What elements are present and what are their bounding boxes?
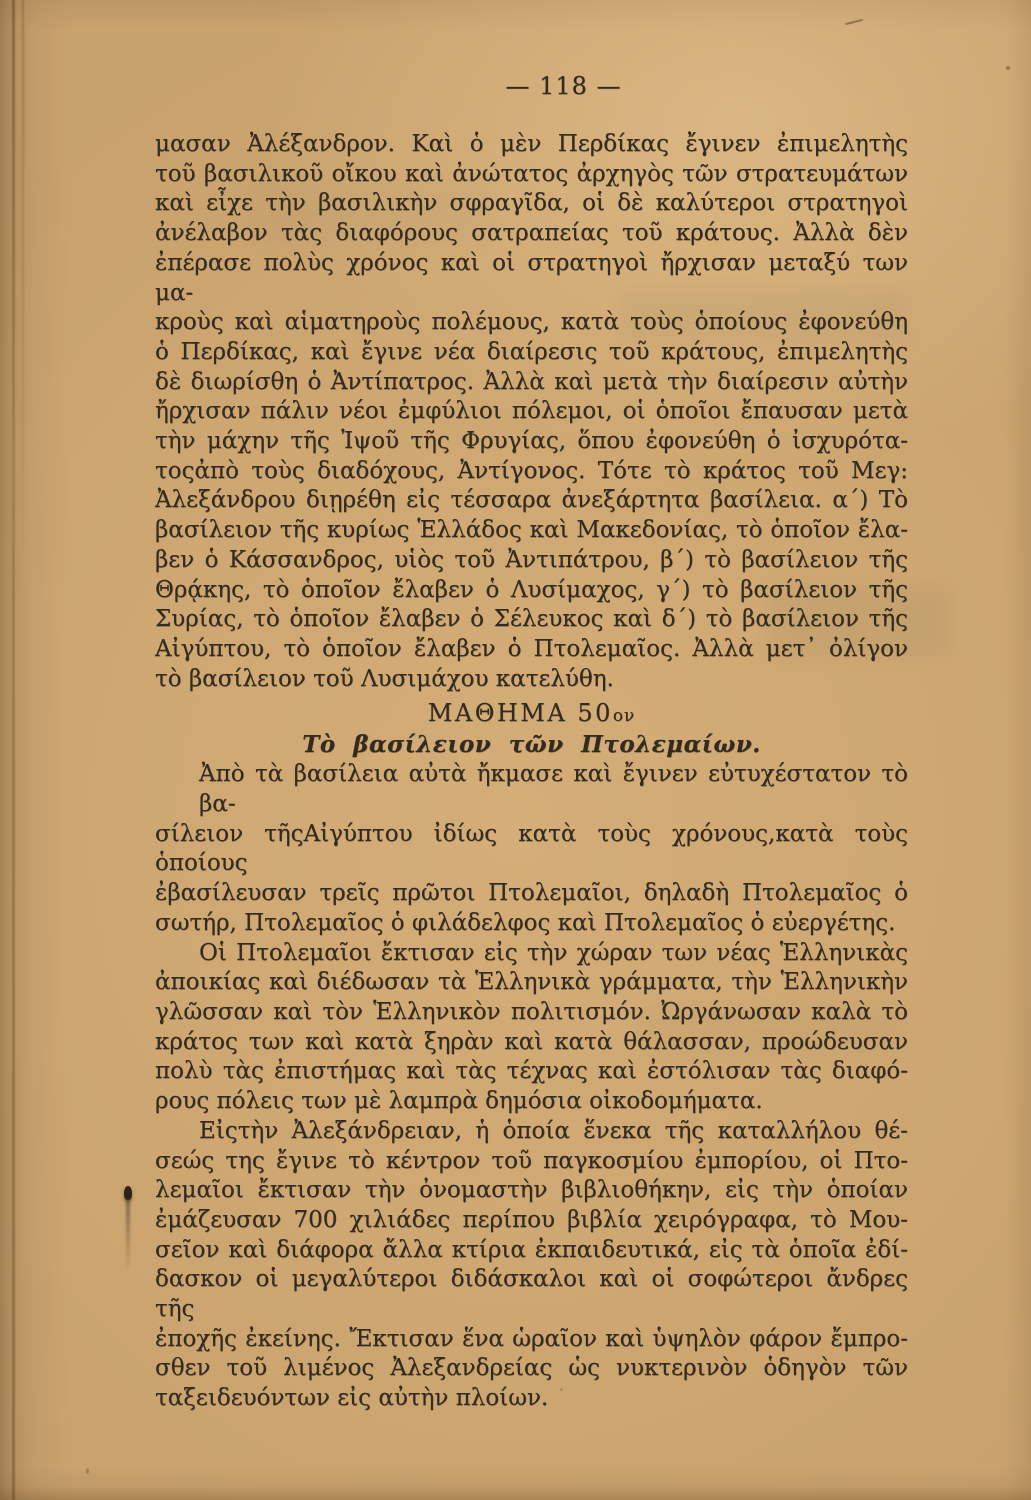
text-line: κράτος των καὶ κατὰ ξηρὰν καὶ κατὰ θάλασ…	[155, 1028, 908, 1058]
paper-crease-faint	[22, 0, 24, 560]
chapter-subtitle: Τὸ βασίλειον τῶν Πτολεμαίων.	[155, 730, 908, 760]
paragraph-continuation: μασαν Ἀλέξανδρον. Καὶ ὁ μὲν Περδίκας ἔγι…	[155, 130, 908, 694]
lesson-heading: ΜΑΘΗΜΑ 50ον	[155, 698, 908, 730]
text-line: λεμαῖοι ἔκτισαν τὴν ὀνομαστὴν βιβλιοθήκη…	[155, 1176, 908, 1206]
text-line: πολὺ τὰς ἐπιστήμας καὶ τὰς τέχνας καὶ ἐσ…	[155, 1057, 908, 1087]
text-line: ἐπέρασε πολὺς χρόνος καὶ οἱ στρατηγοὶ ἤρ…	[155, 249, 908, 308]
lesson-number-suffix: ον	[613, 705, 635, 725]
text-line: ἐποχῆς ἐκείνης. Ἔκτισαν ἕνα ὡραῖον καὶ ὑ…	[155, 1325, 908, 1355]
text-line: σθεν τοῦ λιμένος Ἀλεξανδρείας ὡς νυκτερι…	[155, 1354, 908, 1384]
text-line: ὁ Περδίκας, καὶ ἔγινε νέα διαίρεσις τοῦ …	[155, 338, 908, 368]
text-line: βασίλειον τῆς κυρίως Ἑλλάδος καὶ Μακεδον…	[155, 516, 908, 546]
text-line: Θρᾴκης, τὸ ὁποῖον ἔλαβεν ὁ Λυσίμαχος, γ΄…	[155, 576, 908, 606]
text-line: ἀνέλαβον τὰς διαφόρους σατραπείας τοῦ κρ…	[155, 219, 908, 249]
paper-crease	[12, 0, 15, 1500]
text-line: δὲ διωρίσθη ὁ Ἀντίπατρος. Ἀλλὰ καὶ μετὰ …	[155, 368, 908, 398]
text-line: Εἰςτὴν Ἀλεξάνδρειαν, ἡ ὁποία ἕνεκα τῆς κ…	[155, 1117, 908, 1147]
text-line: τοςἀπὸ τοὺς διαδόχους, Ἀντίγονος. Τότε τ…	[155, 457, 908, 487]
text-line: κροὺς καὶ αἱματηροὺς πολέμους, κατὰ τοὺς…	[155, 308, 908, 338]
paragraph-alexandria: Εἰςτὴν Ἀλεξάνδρειαν, ἡ ὁποία ἕνεκα τῆς κ…	[155, 1117, 908, 1414]
lesson-label: ΜΑΘΗΜΑ	[428, 699, 567, 727]
text-line: Ἀπὸ τὰ βασίλεια αὐτὰ ἤκμασε καὶ ἔγινεν ε…	[155, 760, 908, 819]
text-line: τοῦ βασιλικοῦ οἴκου καὶ ἀνώτατος ἀρχηγὸς…	[155, 160, 908, 190]
text-line: Ἀλεξάνδρου διῃρέθη εἰς τέσσαρα ἀνεξάρτητ…	[155, 486, 908, 516]
text-line: ἐμάζευσαν 700 χιλιάδες περίπου βιβλία χε…	[155, 1206, 908, 1236]
scanned-book-page: — 118 — μασαν Ἀλέξανδρον. Καὶ ὁ μὲν Περδ…	[0, 0, 1031, 1500]
ink-blot-smear	[126, 1198, 130, 1270]
paragraph-ptolemies-rise: Ἀπὸ τὰ βασίλεια αὐτὰ ἤκμασε καὶ ἔγινεν ε…	[155, 760, 908, 938]
text-line: σωτήρ, Πτολεμαῖος ὁ φιλάδελφος καὶ Πτολε…	[155, 909, 908, 939]
text-line: γλῶσσαν καὶ τὸν Ἑλληνικὸν πολιτισμόν. Ὠρ…	[155, 998, 908, 1028]
text-line: ταξειδευόντων εἰς αὐτὴν πλοίων.	[155, 1384, 908, 1414]
ink-speck	[1006, 66, 1010, 70]
text-line: βεν ὁ Κάσσανδρος, υἱὸς τοῦ Ἀντιπάτρου, β…	[155, 546, 908, 576]
ink-speck	[86, 1468, 89, 1474]
body-text: μασαν Ἀλέξανδρον. Καὶ ὁ μὲν Περδίκας ἔγι…	[155, 130, 908, 1414]
text-line: δασκον οἱ μεγαλύτεροι διδάσκαλοι καὶ οἱ …	[155, 1265, 908, 1324]
text-line: τὸ βασίλειον τοῦ Λυσιμάχου κατελύθη.	[155, 665, 908, 695]
text-line: ἤρχισαν πάλιν νέοι ἐμφύλιοι πόλεμοι, οἱ …	[155, 397, 908, 427]
text-line: σίλειον τῆςΑἰγύπτου ἰδίως κατὰ τοὺς χρόν…	[155, 820, 908, 879]
text-line: Αἰγύπτου, τὸ ὁποῖον ἔλαβεν ὁ Πτολεμαῖος.…	[155, 635, 908, 665]
scratch-mark	[845, 19, 863, 25]
text-line: ἐβασίλευσαν τρεῖς πρῶτοι Πτολεμαῖοι, δηλ…	[155, 879, 908, 909]
page-number: — 118 —	[187, 72, 940, 100]
text-line: ἀποικίας καὶ διέδωσαν τὰ Ἑλληνικὰ γράμμα…	[155, 968, 908, 998]
text-line: Οἱ Πτολεμαῖοι ἔκτισαν εἰς τὴν χώραν των …	[155, 939, 908, 969]
text-line: τὴν μάχην τῆς Ἰψοῦ τῆς Φρυγίας, ὅπου ἐφο…	[155, 427, 908, 457]
text-line: μασαν Ἀλέξανδρον. Καὶ ὁ μὲν Περδίκας ἔγι…	[155, 130, 908, 160]
text-line: σεώς της ἔγινε τὸ κέντρον τοῦ παγκοσμίου…	[155, 1147, 908, 1177]
paragraph-greek-culture: Οἱ Πτολεμαῖοι ἔκτισαν εἰς τὴν χώραν των …	[155, 939, 908, 1117]
lesson-number: 50	[577, 699, 613, 727]
text-line: σεῖον καὶ διάφορα ἄλλα κτίρια ἐκπαιδευτι…	[155, 1236, 908, 1266]
text-line: καὶ εἶχε τὴν βασιλικὴν σφραγῖδα, οἱ δὲ κ…	[155, 189, 908, 219]
text-line: ρους πόλεις των μὲ λαμπρὰ δημόσια οἰκοδο…	[155, 1087, 908, 1117]
text-line: Συρίας, τὸ ὁποῖον ἔλαβεν ὁ Σέλευκος καὶ …	[155, 605, 908, 635]
